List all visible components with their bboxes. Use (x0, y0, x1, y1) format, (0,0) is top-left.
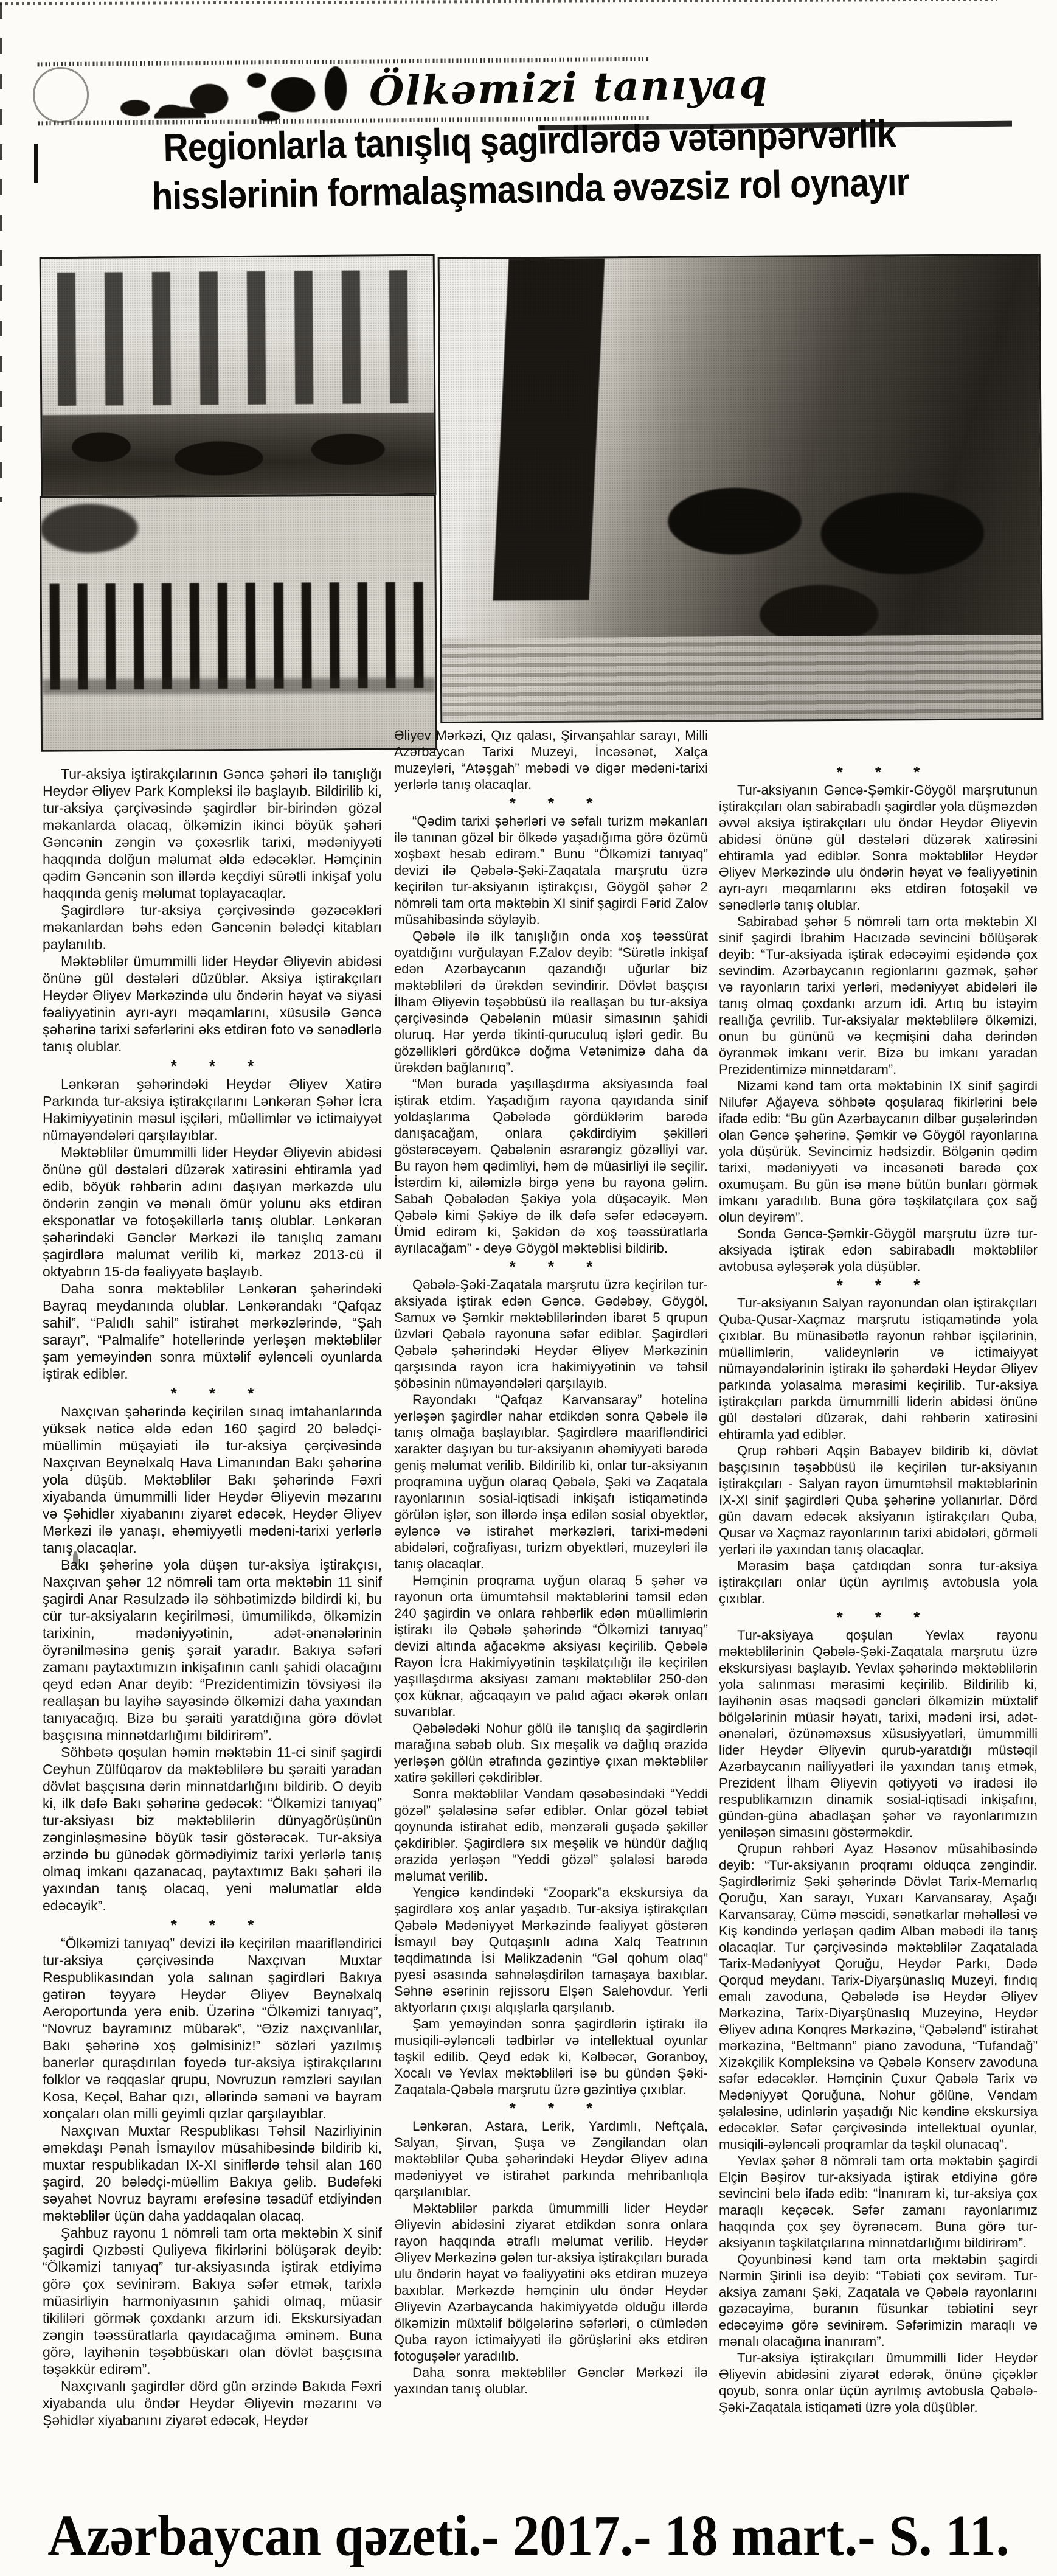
paragraph: Qəbələ-Şəki-Zaqatala marşrutu üzrə keçir… (394, 1276, 708, 1391)
photo-student-group (438, 254, 1044, 723)
paragraph: Qrupun rəhbəri Ayaz Həsənov müsahibəsind… (719, 1840, 1038, 2153)
paragraph: Yengicə kəndindəki “Zoopark”a ekskursiya… (394, 1884, 708, 2016)
photo-marching-students (40, 494, 437, 751)
paragraph: Rayondakı “Qafqaz Karvansaray” hotelinə … (394, 1391, 708, 1572)
photo-crowd-at-park-complex (40, 254, 437, 498)
section-separator: * * * (394, 795, 708, 812)
paragraph: Məktəblilər ümummilli lider Heydər Əliye… (43, 953, 382, 1055)
paragraph: Söhbətə qoşulan həmin məktəbin 11-ci sin… (43, 1744, 382, 1914)
masthead-title: Ölkəmizi tanıyaq (369, 60, 769, 115)
paragraph: Naxçıvan şəhərində keçirilən sınaq imtah… (43, 1403, 382, 1556)
paragraph: Qoyunbinəsi kənd tam orta məktəbin şagir… (719, 2251, 1038, 2350)
newspaper-page: Ölkəmizi tanıyaq Regionlarla tanışlıq şa… (0, 0, 1057, 2576)
paragraph: Şam yeməyindən sonra şagirdlərin iştirak… (394, 2016, 708, 2098)
article-headline: Regionlarla tanışlıq şagirdlərdə vətənpə… (43, 108, 1017, 223)
paragraph: Şagirdlərə tur-aksiya çərçivəsində gəzəc… (43, 902, 382, 953)
paragraph: Məktəblilər ümummilli lider Heydər Əliye… (43, 1144, 382, 1280)
section-separator: * * * (43, 1385, 382, 1402)
paragraph: Yevlax şəhər 8 nömrəli tam orta məktəbin… (719, 2153, 1038, 2251)
paragraph: Qəbələ ilə ilk tanışlığın onda xoş təəss… (394, 928, 708, 1076)
paragraph: Qəbələdəki Nohur gölü ilə tanışlıq da şa… (394, 1720, 708, 1786)
paragraph: Sabirabad şəhər 5 nömrəli tam orta məktə… (719, 913, 1038, 1077)
paragraph: Əliyev Mərkəzi, Qız qalası, Şirvanşahlar… (394, 727, 708, 793)
paragraph: Qrup rəhbəri Aqşin Babayev bildirib ki, … (719, 1443, 1038, 1558)
section-separator: * * * (719, 764, 1038, 781)
section-separator: * * * (394, 1259, 708, 1275)
paragraph: Tur-aksiya iştirakçılarının Gəncə şəhəri… (43, 765, 382, 902)
paragraph: Bakı şəhərinə yola düşən tur-aksiya işti… (43, 1556, 382, 1744)
paragraph: Sonda Gəncə-Şəmkir-Göygöl marşrutu üzrə … (719, 1225, 1038, 1275)
section-separator: * * * (719, 1277, 1038, 1293)
paragraph: Nizami kənd tam orta məktəbinin IX sinif… (719, 1077, 1038, 1225)
masthead-banner: Ölkəmizi tanıyaq (38, 58, 650, 125)
paragraph: Lənkəran, Astara, Lerik, Yardımlı, Neftç… (394, 2118, 708, 2200)
article-column-1: Tur-aksiya iştirakçılarının Gəncə şəhəri… (43, 765, 382, 2530)
citation-footer: Azərbaycan qəzeti.- 2017.- 18 mart.- S. … (0, 2503, 1057, 2569)
scan-artifact-top-rule (0, 0, 997, 5)
paragraph: Tur-aksiya iştirakçıları ümummilli lider… (719, 2350, 1038, 2415)
paragraph: Şahbuz rayonu 1 nömrəli tam orta məktəbi… (43, 2224, 382, 2378)
section-separator: * * * (43, 1916, 382, 1934)
paragraph: Daha sonra məktəblilər Lənkəran şəhərind… (43, 1280, 382, 1382)
banner-landscape-illustration (109, 83, 237, 119)
scan-artifact-left-bar (34, 144, 38, 183)
paragraph: Sonra məktəblilər Vəndam qəsəbəsindəki “… (394, 1786, 708, 1884)
paragraph: Tur-aksiyanın Salyan rayonundan olan işt… (719, 1295, 1038, 1443)
paragraph: Tur-aksiyanın Gəncə-Şəmkir-Göygöl marşru… (719, 782, 1038, 913)
article-column-2: Əliyev Mərkəzi, Qız qalası, Şirvanşahlar… (394, 727, 708, 2531)
section-separator: * * * (394, 2100, 708, 2117)
paragraph: Məktəblilər parkda ümummilli lider Heydə… (394, 2200, 708, 2364)
paragraph: Daha sonra məktəblilər Gənclər Mərkəzi i… (394, 2364, 708, 2397)
banner-vignette-illustration (238, 62, 361, 122)
paragraph: Tur-aksiyaya qoşulan Yevlax rayonu məktə… (719, 1627, 1038, 1840)
scan-artifact-left-dashes (0, 3, 2, 502)
paragraph: Naxçıvan Muxtar Respublikası Təhsil Nazi… (43, 2122, 382, 2224)
photo-halftone-texture (41, 496, 435, 750)
photo-halftone-texture (440, 256, 1042, 722)
paragraph: “Ölkəmizi tanıyaq” devizi ilə keçirilən … (43, 1935, 382, 2122)
section-separator: * * * (43, 1057, 382, 1074)
paragraph: Mərasim başa çatdıqdan sonra tur-aksiya … (719, 1558, 1038, 1607)
paragraph: Lənkəran şəhərindəki Heydər Əliyev Xatir… (43, 1076, 382, 1144)
photo-halftone-texture (41, 256, 435, 496)
paragraph: Həmçinin proqrama uyğun olaraq 5 şəhər v… (394, 1572, 708, 1720)
section-separator: * * * (719, 1609, 1038, 1626)
banner-oval-ornament (33, 67, 89, 124)
article-column-3: * * *Tur-aksiyanın Gəncə-Şəmkir-Göygöl m… (719, 762, 1038, 2531)
paragraph: Naxçıvanlı şagirdlər dörd gün ərzində Ba… (43, 2378, 382, 2429)
paragraph: “Qədim tarixi şəhərləri və səfalı turizm… (394, 813, 708, 928)
paragraph: “Mən burada yaşıllaşdırma aksiyasında fə… (394, 1076, 708, 1256)
